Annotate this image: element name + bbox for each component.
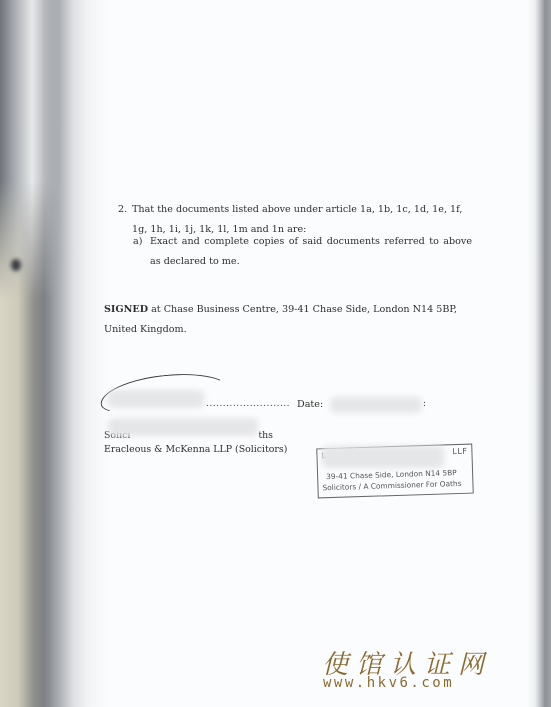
redacted-date <box>330 397 422 413</box>
signed-label: SIGNED <box>104 304 148 315</box>
title-end: ths <box>258 430 273 441</box>
watermark-url: www.hkv6.com <box>323 675 454 691</box>
signed-location: at Chase Business Centre, 39-41 Chase Si… <box>104 304 457 335</box>
sub-item-text: Exact and complete copies of said docume… <box>150 232 472 272</box>
stamp-line1-end: LLF <box>452 447 467 456</box>
redacted-stamp-name <box>322 446 444 468</box>
scan-right-edge <box>527 0 551 707</box>
date-tick: : <box>423 399 426 409</box>
scan-left-edge <box>0 0 110 707</box>
stamp-title: Solicitors / A Commissioner For Oaths <box>322 479 461 492</box>
signed-statement: SIGNED at Chase Business Centre, 39-41 C… <box>104 300 474 340</box>
scan-edge-top-shadow <box>0 0 60 300</box>
scan-edge-shadow <box>0 0 110 707</box>
redacted-signatory-name <box>108 418 258 436</box>
firm-name: Eracleous & McKenna LLP (Solicitors) <box>104 442 287 458</box>
item-number: 2. <box>118 200 127 220</box>
punch-hole <box>11 259 21 271</box>
date-label: Date: <box>297 399 323 410</box>
signature-dotted-line: ......................... <box>206 399 290 409</box>
redacted-signature <box>108 390 204 408</box>
sub-item-label: a) <box>133 232 142 252</box>
